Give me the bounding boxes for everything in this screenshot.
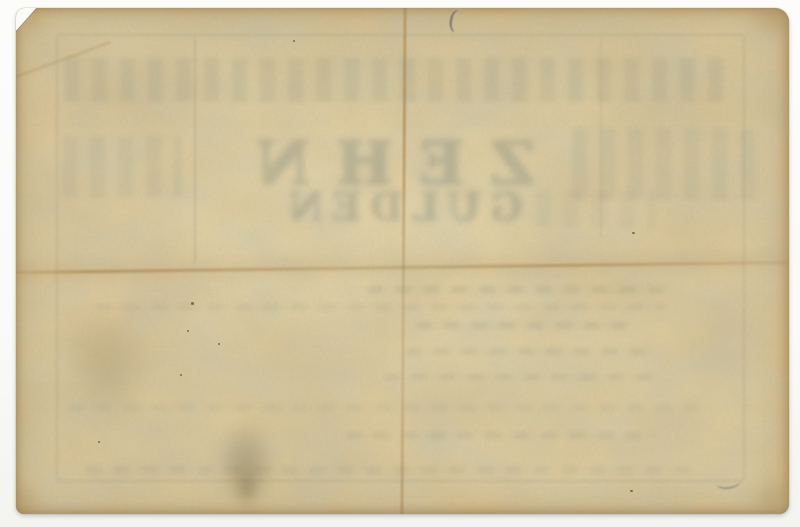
edge-browning-top [16, 8, 789, 16]
banknote-reverse: ZEHN GULDEN [16, 8, 789, 514]
foxing-speck [180, 374, 182, 376]
browning-top-right [663, 8, 789, 109]
foxing-speck [218, 343, 220, 345]
showthrough-text-line [416, 322, 626, 329]
edge-browning-left [16, 8, 23, 514]
showthrough-text-line [68, 404, 708, 411]
showthrough-bottom-text-row [86, 466, 696, 474]
showthrough-text-line [384, 374, 654, 380]
showthrough-top-text-band [64, 58, 724, 102]
showthrough-text-line [368, 286, 668, 293]
clipped-corner [16, 8, 38, 33]
edge-browning-bottom [16, 505, 789, 514]
edge-browning-right [779, 8, 789, 514]
showthrough-word-gulden: GULDEN [278, 188, 524, 226]
photo-background: ZEHN GULDEN [0, 0, 800, 527]
browning-bottom-left [16, 417, 118, 514]
foxing-speck [630, 490, 633, 492]
showthrough-text-line [406, 348, 656, 355]
showthrough-right-small-text [536, 190, 656, 228]
foxing-speck [293, 40, 295, 42]
showthrough-text-line [96, 304, 666, 310]
foxing-speck [191, 302, 194, 305]
foxing-speck [632, 232, 635, 234]
showthrough-left-ornament [62, 136, 182, 198]
foxing-speck [187, 330, 189, 332]
showthrough-text-line [346, 432, 656, 439]
browning-bottom-right [692, 433, 789, 514]
foxing-speck [98, 441, 100, 443]
